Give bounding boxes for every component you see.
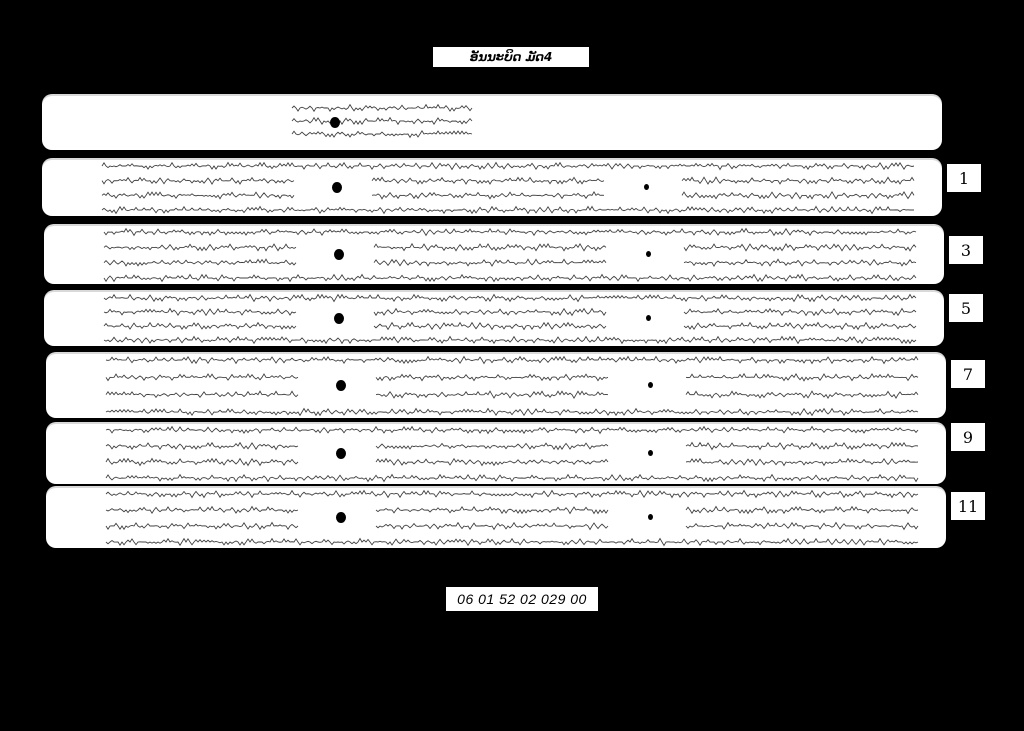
- palm-leaf-leaf-11: [46, 486, 946, 548]
- binding-hole-icon: [644, 184, 649, 190]
- manuscript-title-label: ອັນນະບິດ ມັດ4: [433, 47, 589, 67]
- binding-hole-icon: [646, 251, 651, 257]
- palm-leaf-leaf-1: [42, 158, 942, 216]
- manuscript-script-text: [42, 158, 942, 216]
- binding-hole-icon: [334, 249, 344, 260]
- manuscript-script-text: [46, 352, 946, 418]
- binding-hole-icon: [336, 512, 346, 523]
- binding-hole-icon: [648, 382, 653, 388]
- palm-leaf-leaf-5: [44, 290, 944, 346]
- palm-leaf-cover: [42, 94, 942, 150]
- manuscript-script-text: [46, 486, 946, 548]
- binding-hole-icon: [648, 514, 653, 520]
- page-number-label: 7: [951, 360, 985, 388]
- manuscript-script-text: [46, 422, 946, 484]
- palm-leaf-leaf-9: [46, 422, 946, 484]
- page-number-label: 3: [949, 236, 983, 264]
- catalog-code-label: 06 01 52 02 029 00: [446, 587, 598, 611]
- binding-hole-icon: [648, 450, 653, 456]
- binding-hole-icon: [336, 448, 346, 459]
- page-number-label: 9: [951, 423, 985, 451]
- page-number-label: 5: [949, 294, 983, 322]
- binding-hole-icon: [332, 182, 342, 193]
- palm-leaf-leaf-7: [46, 352, 946, 418]
- palm-leaf-leaf-3: [44, 224, 944, 284]
- page-number-label: 1: [947, 164, 981, 192]
- page-number-label: 11: [951, 492, 985, 520]
- binding-hole-icon: [334, 313, 344, 324]
- manuscript-script-text: [44, 224, 944, 284]
- manuscript-script-text: [44, 290, 944, 346]
- manuscript-script-text: [42, 94, 942, 150]
- binding-hole-icon: [330, 117, 340, 128]
- binding-hole-icon: [646, 315, 651, 321]
- binding-hole-icon: [336, 380, 346, 391]
